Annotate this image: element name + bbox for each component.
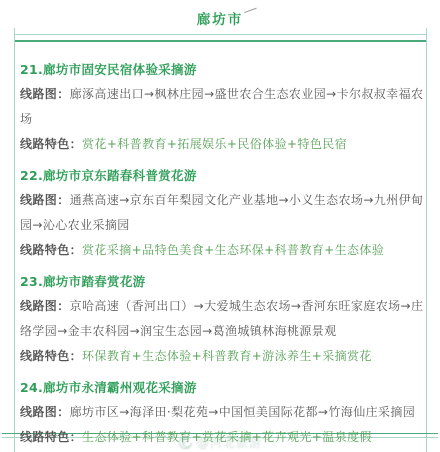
section-title: 24.廊坊市永清霸州观花采摘游	[20, 375, 426, 400]
route-label: 线路图：	[20, 193, 70, 207]
route-section-24: 24.廊坊市永清霸州观花采摘游 线路图：廊坊市区→海泽田·梨花苑→中国恒美国际花…	[20, 375, 426, 450]
page-title: 廊坊市	[0, 8, 440, 28]
route-section-23: 23.廊坊市踏春赏花游 线路图：京哈高速（香河出口）→大爱城生态农场→香河东旺家…	[20, 269, 426, 369]
feature-line: 线路特色：赏花+科普教育+拓展娱乐+民俗体验+特色民宿	[20, 132, 426, 157]
route-line: 线路图：廊坊市区→海泽田·梨花苑→中国恒美国际花都→竹海仙庄采摘园	[20, 400, 426, 425]
section-title: 23.廊坊市踏春赏花游	[20, 269, 426, 294]
route-line: 线路图：通燕高速→京东百年梨园文化产业基地→小义生态农场→九州伊甸园→沁心农业采…	[20, 188, 426, 238]
feature-text: 生态体验+科普教育+赏花采摘+花卉观光+温泉度假	[82, 430, 372, 444]
feature-label: 线路特色：	[20, 243, 82, 257]
table-border-right	[426, 28, 427, 452]
feature-line: 线路特色：环保教育+生态体验+科普教育+游泳养生+采摘赏花	[20, 344, 426, 369]
route-text: 廊涿高速出口→枫林庄园→盛世农合生态农业园→卡尔叔叔幸福农场	[20, 87, 423, 126]
document-page: 廊坊市 21.廊坊市固安民宿体验采摘游 线路图：廊涿高速出口→枫林庄园→盛世农合…	[0, 0, 440, 452]
route-text: 京哈高速（香河出口）→大爱城生态农场→香河东旺家庭农场→庄络学园→金丰农科园→润…	[20, 299, 423, 338]
route-label: 线路图：	[20, 405, 70, 419]
feature-line: 线路特色：赏花采摘+品特色美食+生态环保+科普教育+生态体验	[20, 238, 426, 263]
route-label: 线路图：	[20, 87, 70, 101]
route-text: 廊坊市区→海泽田·梨花苑→中国恒美国际花都→竹海仙庄采摘园	[70, 405, 416, 419]
feature-text: 赏花+科普教育+拓展娱乐+民俗体验+特色民宿	[82, 137, 347, 151]
route-section-22: 22.廊坊市京东踏春科普赏花游 线路图：通燕高速→京东百年梨园文化产业基地→小义…	[20, 163, 426, 263]
section-title: 22.廊坊市京东踏春科普赏花游	[20, 163, 426, 188]
route-section-21: 21.廊坊市固安民宿体验采摘游 线路图：廊涿高速出口→枫林庄园→盛世农合生态农业…	[20, 57, 426, 157]
table-border-left	[14, 28, 15, 452]
feature-label: 线路特色：	[20, 349, 82, 363]
route-label: 线路图：	[20, 299, 70, 313]
table-border-top-outer	[14, 34, 427, 35]
table-border-top-inner	[14, 40, 427, 42]
feature-text: 环保教育+生态体验+科普教育+游泳养生+采摘赏花	[82, 349, 372, 363]
section-title: 21.廊坊市固安民宿体验采摘游	[20, 57, 426, 82]
feature-text: 赏花采摘+品特色美食+生态环保+科普教育+生态体验	[82, 243, 384, 257]
feature-label: 线路特色：	[20, 137, 82, 151]
routes-list: 21.廊坊市固安民宿体验采摘游 线路图：廊涿高速出口→枫林庄园→盛世农合生态农业…	[20, 57, 426, 452]
feature-label: 线路特色：	[20, 430, 82, 444]
route-text: 通燕高速→京东百年梨园文化产业基地→小义生态农场→九州伊甸园→沁心农业采摘园	[20, 193, 423, 232]
route-line: 线路图：廊涿高速出口→枫林庄园→盛世农合生态农业园→卡尔叔叔幸福农场	[20, 82, 426, 132]
feature-line: 线路特色：生态体验+科普教育+赏花采摘+花卉观光+温泉度假	[20, 425, 426, 450]
route-line: 线路图：京哈高速（香河出口）→大爱城生态农场→香河东旺家庭农场→庄络学园→金丰农…	[20, 294, 426, 344]
